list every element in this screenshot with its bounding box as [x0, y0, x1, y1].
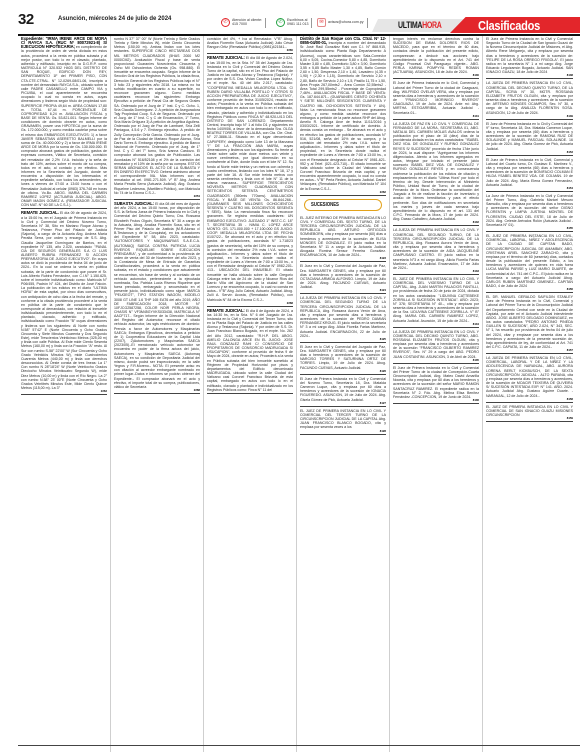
- contact-value: 0981 111 013: [287, 22, 308, 26]
- classified-ad: EL JUEZ DE PRIMERA INSTANCIA EN LO CIVIL…: [486, 404, 573, 422]
- ad-body: EL DR. MANUEL GERALDO SAIFILDIN STANLEY …: [486, 295, 573, 349]
- ad-body: El Juez de Primera Instancia en lo Civil…: [486, 37, 573, 74]
- ad-body: EL JUEZ DE PRIMERA INSTANCIA EN LO CIVIL…: [486, 405, 573, 417]
- ad-code: 2254: [114, 195, 200, 198]
- ad-body: EL JUEZ INTERINO DE PRIMERA INSTANCIA EN…: [300, 216, 386, 257]
- brand-part2: HORA: [422, 20, 441, 30]
- ad-body: comisión del 4%, + Iva al Rematador. V°B…: [207, 37, 293, 49]
- ad-body: El día 09 de agosto de 2024, a la 15:00 …: [21, 211, 107, 390]
- classified-ad: El Juez de Primera Instancia en lo Civil…: [393, 365, 479, 404]
- section-banner-sucesiones: SUCESIONES: [304, 199, 382, 211]
- classified-ad: REMATE JUDICIAL: El día 08 de Agosto de …: [207, 55, 293, 306]
- classified-column: El Juez de Primera Instancia en lo Civil…: [483, 36, 576, 752]
- classified-column: comisión del 4%, + Iva al Rematador. V°B…: [204, 36, 297, 752]
- classified-ad: El Juez de Primera Instancia en lo Civil…: [393, 80, 479, 119]
- ad-code: 8124: [300, 289, 386, 292]
- classified-column: rumbo N 37° 37' 00" W (Norte Treinta y S…: [111, 36, 204, 752]
- section-banner-label: SUCESIONES: [311, 203, 339, 207]
- ad-code: 8128: [300, 430, 386, 433]
- ad-code: 8131: [393, 115, 479, 118]
- divider: [367, 18, 368, 28]
- ad-code: 8153: [486, 151, 573, 154]
- classified-ad: El Juez en lo Civil y Comercial del Juzg…: [300, 263, 386, 294]
- ad-body: EL JUEZ DE PRIMERA INSTANCIA EN LO CIVIL…: [486, 234, 573, 288]
- classified-ad: comisión del 4%, + Iva al Rematador. V°B…: [207, 36, 293, 54]
- footer-rule: [18, 745, 580, 746]
- ad-code: 2268: [207, 302, 293, 305]
- classified-ad: El Juez de Primera Instancia en lo Civil…: [486, 36, 573, 79]
- ad-body: El Juez de Primera Instancia en lo Civil…: [486, 122, 573, 151]
- classified-ad: LA JUEZA DE PRIMERA INSTANCIA EN LO CIVI…: [486, 355, 573, 403]
- brand-logo: ULTIMAHORA: [398, 20, 442, 30]
- classified-ad: LA JUEZA DE PRIMERA INSTANCIA EN LO CIVI…: [393, 227, 479, 275]
- ad-body: El día 8 de Agosto de 2024, a las 14:30 …: [207, 309, 293, 392]
- ad-body: en cumplimiento de la providencia de ord…: [21, 45, 107, 207]
- divider: [265, 18, 266, 28]
- classified-ad: El Juez en lo Civil y Comercial del Juzg…: [300, 344, 386, 375]
- classified-ad: LA JUEZA DE PAZ EN LO CIVIL Y COMERCIAL …: [393, 121, 479, 227]
- ad-code: 8155: [486, 227, 573, 230]
- classified-ad: El Juez de Primera Instancia en lo Civil…: [486, 121, 573, 156]
- ad-code: 2262: [300, 191, 386, 194]
- phone-icon: ✆: [221, 18, 230, 27]
- classified-ad: EL JUEZ DE PRIMERA INSTANCIA EN LO CIVIL…: [300, 408, 386, 435]
- ad-code: 2260: [207, 49, 293, 52]
- classified-ad: REMATE JUDICIAL. El día 09 de agosto de …: [21, 210, 107, 395]
- ad-code: 2268: [114, 389, 200, 392]
- ad-body: El Juez de Primera Instancia en lo Civil…: [393, 81, 479, 114]
- classified-ad: LA JUEZA DE PRIMERA INSTANCIA EN LO CIVI…: [393, 329, 479, 364]
- page-number: 32: [18, 11, 34, 28]
- ad-body: El Juez de Primera Instancia en lo Civil…: [300, 377, 386, 402]
- classified-ad: LA JUEZA DE PRIMERA INSTANCIA EN LO CIVI…: [300, 295, 386, 343]
- classified-column: Distrito de San Roque con Cta. Ctral. N°…: [297, 36, 390, 752]
- ad-code: 8134: [393, 323, 479, 326]
- classified-ad: Expediente: "IRMA IRENE ARCE DE MORA C/ …: [21, 36, 107, 209]
- classified-ad: rumbo N 37° 37' 00" W (Norte Treinta y S…: [114, 36, 200, 200]
- contact-email: ✉ avisos@uhora.com.py: [317, 16, 364, 28]
- contact-value: 415 7000: [232, 22, 262, 26]
- ad-body: LA JUEZA DE PRIMERA INSTANCIA EN LO CIVI…: [300, 296, 386, 337]
- ad-body: rumbo N 37° 37' 00" W (Norte Treinta y S…: [114, 37, 200, 195]
- section-title: Clasificados: [478, 18, 540, 33]
- ad-code: 8154: [486, 187, 573, 190]
- ad-code: 8135: [393, 359, 479, 362]
- ad-body: El Juez en lo Civil y Comercial del Juzg…: [300, 345, 386, 370]
- ad-code: 8125: [300, 338, 386, 341]
- ad-body: EL JUEZ DE PRIMERA INSTANCIA EN LO CIVIL…: [393, 277, 479, 323]
- ad-body: LA JUEZA DE PRIMERA INSTANCIA EN LO CIVI…: [393, 228, 479, 269]
- ad-code: 8157: [486, 349, 573, 352]
- ad-code: 8132: [393, 221, 479, 224]
- classified-ad: SUBASTA JUDICIAL: El día 08 del mes de A…: [114, 201, 200, 394]
- ad-code: 8130: [393, 74, 479, 77]
- ad-code: 8158: [486, 398, 573, 401]
- classified-ad: EL DR. MANUEL GERALDO SAIFILDIN STANLEY …: [486, 294, 573, 354]
- ad-code: 8127: [300, 402, 386, 405]
- ad-code: 8156: [486, 288, 573, 291]
- contact-whatsapp: ✆ Escribinos al 0981 111 013: [276, 16, 308, 28]
- classified-column: Expediente: "IRMA IRENE ARCE DE MORA C/ …: [18, 36, 111, 752]
- classifieds-columns: Expediente: "IRMA IRENE ARCE DE MORA C/ …: [18, 36, 576, 752]
- ad-body: El Juez en lo Civil y Comercial del Juzg…: [300, 264, 386, 289]
- ad-body: inscripta a nombre del demandado Sr. Jos…: [300, 41, 386, 190]
- ad-body: LA JUEZA DE PRIMERA INSTANCIA EN LO CIVI…: [486, 81, 573, 114]
- classified-ad: EL JUEZ INTERINO DE PRIMERA INSTANCIA EN…: [300, 215, 386, 263]
- brand-part1: ULTIMA: [398, 20, 422, 30]
- ad-code: 8138: [486, 74, 573, 77]
- classified-ad: LA JUEZA DE PRIMERA INSTANCIA EN LO CIVI…: [486, 80, 573, 119]
- divider: [311, 18, 312, 28]
- ad-code: 8133: [393, 270, 479, 273]
- ad-body: El Juez de Primera Instancia en lo Civil…: [486, 158, 573, 187]
- classified-ad: Distrito de San Roque con Cta. Ctral. N°…: [300, 36, 386, 196]
- ad-body: El día 08 de Agosto de 2.024, a las 15:0…: [207, 56, 293, 301]
- ad-body: EL JUEZ DE PRIMERA INSTANCIA EN LO CIVIL…: [300, 409, 386, 430]
- ad-code: 8139: [486, 115, 573, 118]
- classified-ad: EL JUEZ DE PRIMERA INSTANCIA EN LO CIVIL…: [486, 233, 573, 293]
- ad-body: LA JUEZA DE PRIMERA INSTANCIA EN LO CIVI…: [486, 356, 573, 397]
- ad-code: 2263: [21, 390, 107, 393]
- ad-body: La Juez de Primera Instancia en lo Civil…: [486, 194, 573, 227]
- page-header: 32 Asunción, miércoles 24 de julio de 20…: [0, 0, 580, 28]
- classified-ad: EL JUEZ DE PRIMERA INSTANCIA EN LO CIVIL…: [393, 276, 479, 328]
- ad-body: LA JUEZA DE PAZ EN LO CIVIL Y COMERCIAL …: [393, 122, 479, 222]
- ad-code: 8159: [486, 417, 573, 420]
- classified-ad: REMATE JUDICIAL: El día 8 de Agosto de 2…: [207, 308, 293, 394]
- classified-column: tengan interés en reclamar derechos cont…: [390, 36, 483, 752]
- classified-ad: El Juez de Primera Instancia en lo Civil…: [486, 157, 573, 192]
- ad-code: 8136: [393, 399, 479, 402]
- mail-icon: ✉: [317, 18, 326, 27]
- classified-ad: La Juez de Primera Instancia en lo Civil…: [486, 193, 573, 232]
- contact-value: avisos@uhora.com.py: [328, 20, 364, 24]
- contact-customer-service: ✆ Atención al cliente: 415 7000: [221, 16, 262, 28]
- ad-body: LA JUEZA DE PRIMERA INSTANCIA EN LO CIVI…: [393, 330, 479, 359]
- ad-code: 8126: [300, 370, 386, 373]
- ad-body: El Juez de Primera Instancia en lo Civil…: [393, 366, 479, 399]
- whatsapp-icon: ✆: [276, 18, 285, 27]
- page-date: Asunción, miércoles 24 de julio de 2024: [58, 16, 171, 22]
- classified-ad: El Juez de Primera Instancia en lo Civil…: [300, 376, 386, 407]
- classified-ad: tengan interés en reclamar derechos cont…: [393, 36, 479, 79]
- ad-body: El día 08 del mes de Agosto del año 2024…: [114, 202, 200, 389]
- ad-body: tengan interés en reclamar derechos cont…: [393, 37, 479, 74]
- ad-code: 8123: [300, 257, 386, 260]
